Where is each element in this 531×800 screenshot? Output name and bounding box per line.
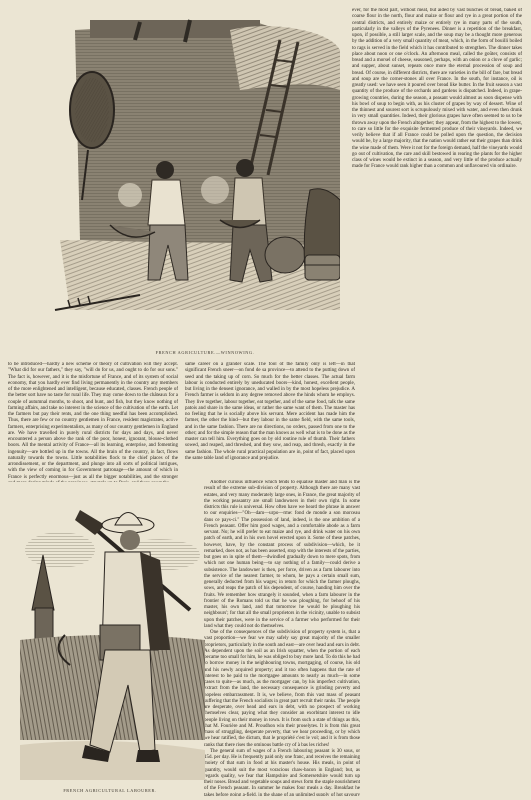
illustration-winnowing <box>40 10 340 330</box>
illustration-labourer <box>10 490 205 780</box>
caption-labourer: French Agricultural Labourer. <box>40 788 180 793</box>
paragraph: same career on a grander scale. The fool… <box>185 362 355 462</box>
winnowing-engraving-icon <box>40 10 340 330</box>
text-column-middle-center: same career on a grander scale. The fool… <box>185 362 355 480</box>
paragraph: to be introduced—hardly a new scheme or … <box>8 362 178 482</box>
paragraph: ever, for the most part, without meat, b… <box>352 8 522 171</box>
labourer-engraving-icon <box>10 490 205 780</box>
text-column-lower: Another curious influence which tends to… <box>204 480 360 796</box>
paragraph: One of the consequences of the subdivisi… <box>204 630 360 749</box>
text-column-middle-left: to be introduced—hardly a new scheme or … <box>8 362 178 482</box>
text-column-top-right: ever, for the most part, without meat, b… <box>352 8 522 178</box>
newspaper-page: French Agriculture.—Winnowing. ever, for… <box>0 0 531 800</box>
caption-winnowing: French Agriculture.—Winnowing. <box>95 350 315 355</box>
paragraph: Another curious influence which tends to… <box>204 480 360 630</box>
paragraph: The general sum of wages of a French lab… <box>204 749 360 796</box>
